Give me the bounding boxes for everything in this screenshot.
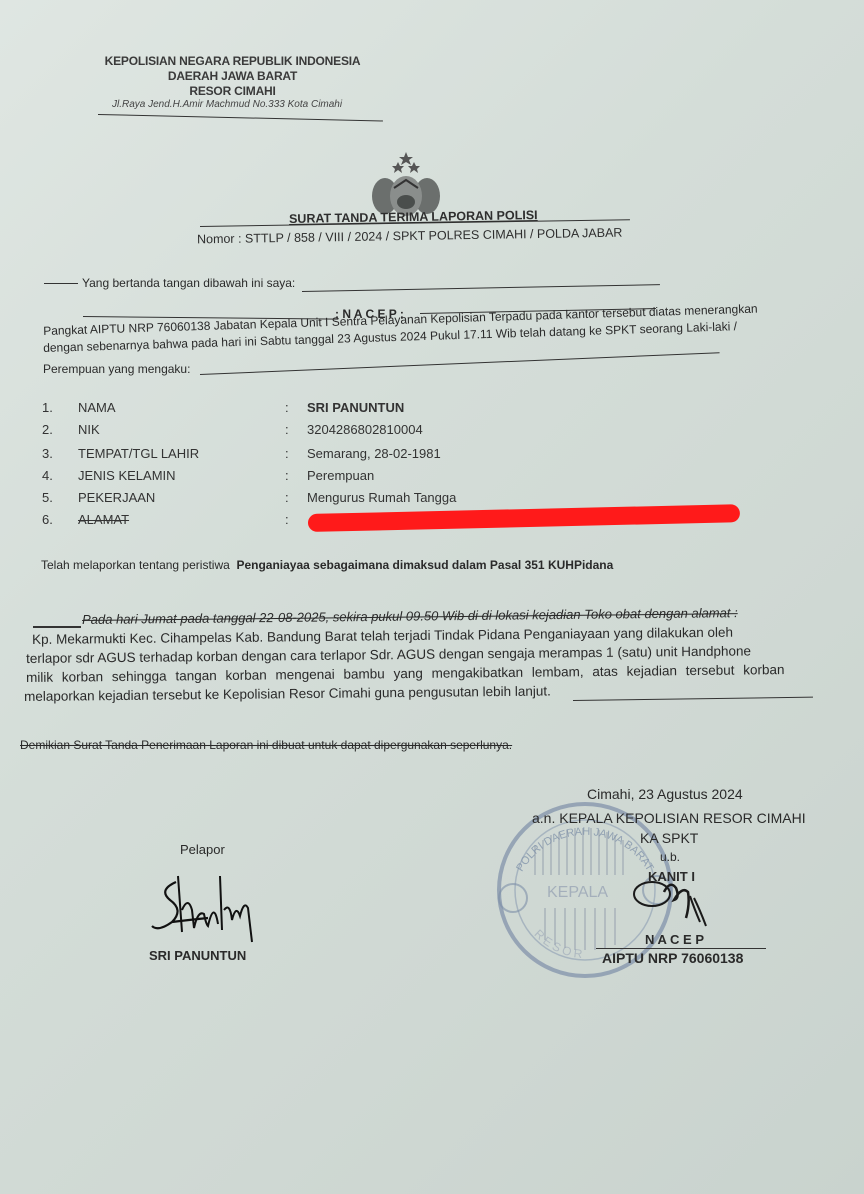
identity-label: NAMA	[78, 400, 116, 415]
identity-value: Semarang, 28-02-1981	[307, 446, 441, 461]
closing-statement: Demikian Surat Tanda Penerimaan Laporan …	[20, 738, 512, 752]
identity-label: ALAMAT	[78, 512, 129, 527]
report-prefix: Telah melaporkan tentang peristiwa	[41, 558, 230, 572]
identity-number: 1.	[42, 400, 53, 415]
identity-colon: :	[285, 400, 289, 415]
document-title: SURAT TANDA TERIMA LAPORAN POLISI	[289, 208, 538, 226]
identity-number: 4.	[42, 468, 53, 483]
narrative-line5: melaporkan kejadian tersebut ke Kepolisi…	[24, 683, 551, 704]
identity-value: Mengurus Rumah Tangga	[307, 490, 456, 505]
identity-label: JENIS KELAMIN	[78, 468, 176, 483]
intro-line1: Yang bertanda tangan dibawah ini saya:	[82, 276, 295, 290]
letterhead-line1: KEPOLISIAN NEGARA REPUBLIK INDONESIA	[95, 54, 370, 68]
unit-line: KA SPKT	[640, 830, 698, 846]
narrative-line4: milik korban sehingga tangan korban meng…	[26, 662, 785, 685]
identity-colon: :	[285, 490, 289, 505]
reporter-name: SRI PANUNTUN	[149, 948, 246, 963]
identity-label: TEMPAT/TGL LAHIR	[78, 446, 199, 461]
narrative-dash	[33, 626, 81, 628]
intro-fill-line	[302, 284, 660, 292]
svg-text:RESOR: RESOR	[532, 927, 587, 962]
identity-colon: :	[285, 512, 289, 527]
svg-text:KEPALA: KEPALA	[547, 884, 608, 901]
ub-line: u.b.	[660, 850, 680, 864]
identity-value: 3204286802810004	[307, 422, 423, 437]
narrative-line2: Kp. Mekarmukti Kec. Cihampelas Kab. Band…	[32, 625, 733, 647]
intro-body-fill-line	[200, 352, 720, 375]
identity-label: PEKERJAAN	[78, 490, 155, 505]
intro-body-line3: Perempuan yang mengaku:	[43, 362, 190, 376]
reporter-signature	[148, 870, 268, 945]
on-behalf-line: a.n. KEPALA KEPOLISIAN RESOR CIMAHI	[532, 810, 806, 826]
intro-dash	[44, 283, 78, 284]
identity-number: 3.	[42, 446, 53, 461]
identity-number: 5.	[42, 490, 53, 505]
letterhead-address: Jl.Raya Jend.H.Amir Machmud No.333 Kota …	[112, 99, 342, 110]
identity-value: SRI PANUNTUN	[307, 400, 404, 415]
identity-number: 6.	[42, 512, 53, 527]
narrative-line1: Pada hari Jumat pada tanggal 22-08-2025,…	[82, 605, 738, 627]
redaction-bar	[308, 504, 740, 532]
identity-label: NIK	[78, 422, 100, 437]
officer-name: N A C E P	[645, 932, 704, 947]
officer-signature	[630, 878, 720, 928]
reporter-role: Pelapor	[180, 842, 225, 857]
identity-value: Perempuan	[307, 468, 374, 483]
identity-colon: :	[285, 422, 289, 437]
letterhead-line2: DAERAH JAWA BARAT	[95, 69, 370, 83]
letterhead-line3: RESOR CIMAHI	[95, 84, 370, 98]
place-date: Cimahi, 23 Agustus 2024	[587, 786, 743, 802]
identity-number: 2.	[42, 422, 53, 437]
officer-rank: AIPTU NRP 76060138	[602, 950, 743, 966]
officer-signature-line	[596, 948, 766, 949]
report-event: Penganiayaa sebagaimana dimaksud dalam P…	[236, 558, 613, 572]
document-number: Nomor : STTLP / 858 / VIII / 2024 / SPKT…	[197, 226, 623, 247]
identity-colon: :	[285, 468, 289, 483]
letterhead-underline	[98, 114, 383, 121]
identity-colon: :	[285, 446, 289, 461]
report-line: Telah melaporkan tentang peristiwa Penga…	[41, 558, 613, 572]
narrative-fill-line	[573, 697, 813, 701]
